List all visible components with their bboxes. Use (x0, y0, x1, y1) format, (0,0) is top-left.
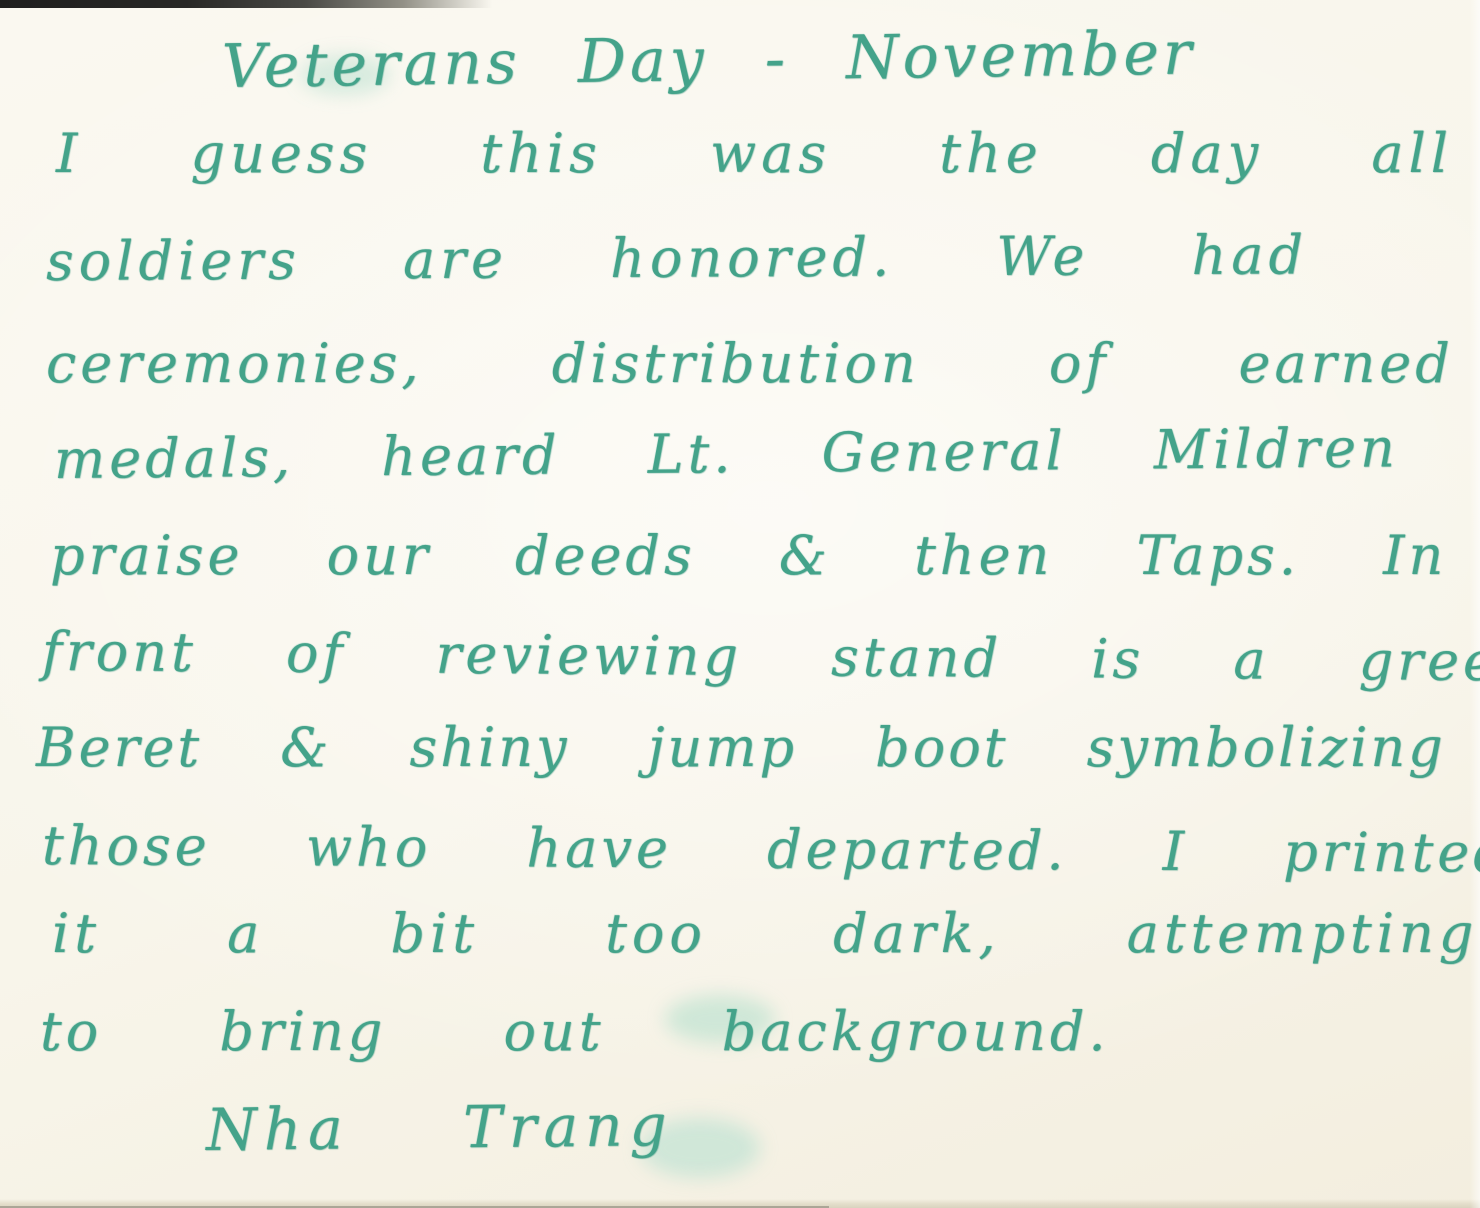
handwritten-line: front of reviewing stand is a green (42, 620, 1480, 693)
scan-artifact-right-edge (1470, 0, 1480, 1208)
handwritten-line: ceremonies, distribution of earned (46, 332, 1454, 395)
handwritten-line: to bring out background. (40, 1000, 1110, 1063)
scan-artifact-top-edge (0, 0, 492, 8)
handwritten-note-page: Veterans Day - November I guess this was… (0, 0, 1480, 1208)
handwritten-line: medals, heard Lt. General Mildren (54, 416, 1399, 491)
handwritten-line: those who have departed. I printed (42, 814, 1480, 885)
handwritten-line: praise our deeds & then Taps. In (50, 524, 1447, 587)
handwritten-line: I guess this was the day all (56, 122, 1453, 185)
handwritten-line: soldiers are honored. We had (46, 223, 1308, 293)
handwritten-line: Beret & shiny jump boot symbolizing (36, 716, 1446, 779)
handwritten-line: it a bit too dark, attempting (52, 902, 1478, 965)
signature: Nha Trang (206, 1091, 674, 1164)
scan-artifact-bottom-edge (0, 1199, 1480, 1208)
note-title: Veterans Day - November (222, 18, 1197, 102)
